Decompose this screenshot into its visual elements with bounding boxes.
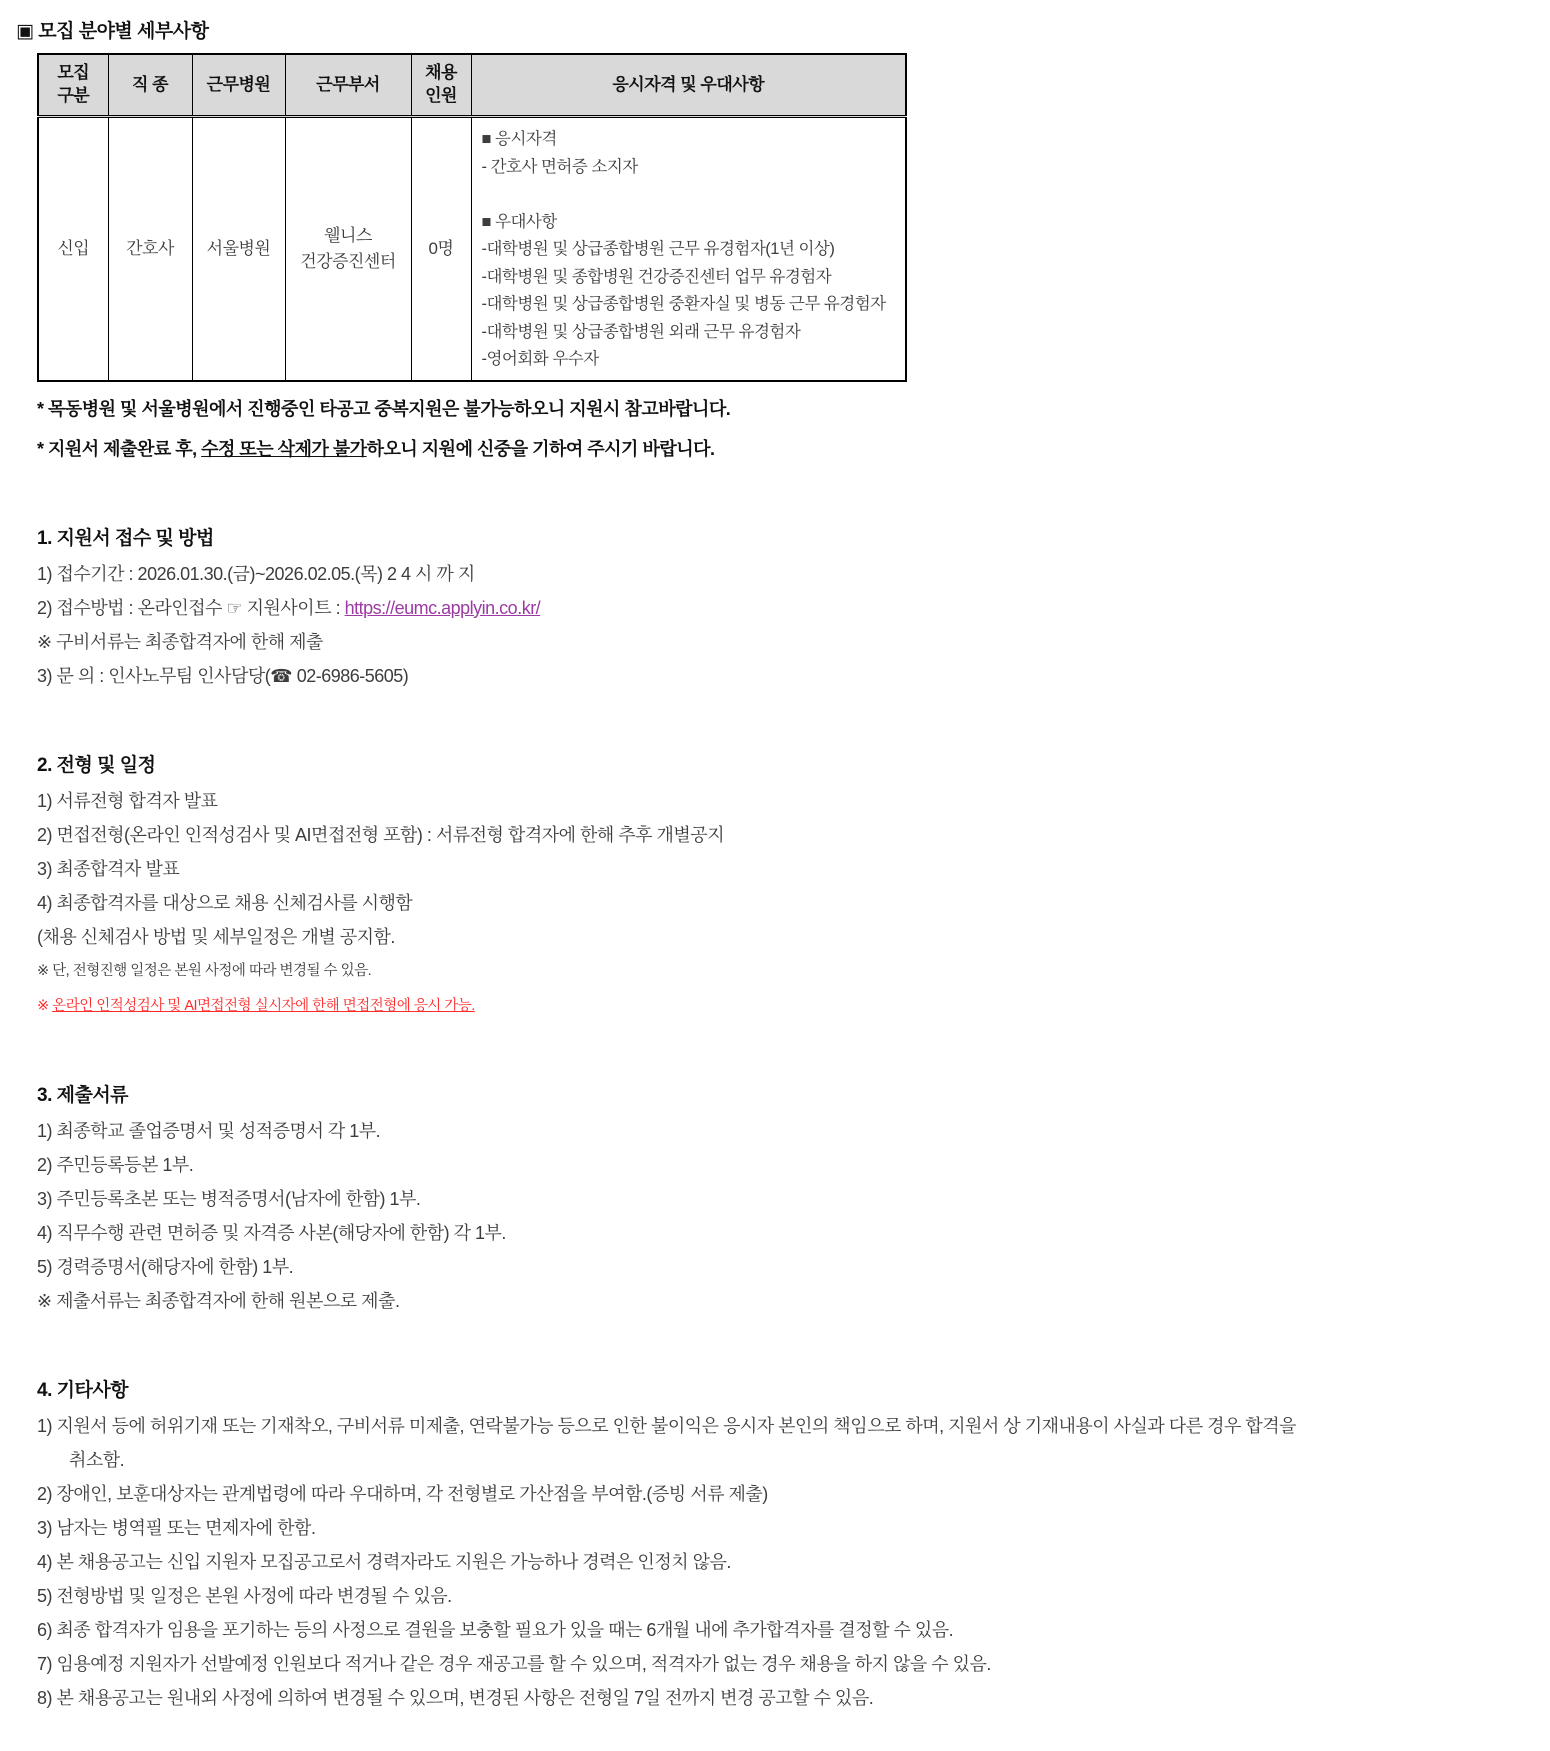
text: 1) 지원서 등에 허위기재 또는 기재착오, 구비서류 미제출, 연락불가능 …: [37, 1416, 1296, 1436]
text: * 지원서 제출완료 후,: [37, 439, 201, 459]
cell-hospital: 서울병원: [192, 117, 285, 381]
text: 2) 장애인, 보훈대상자는 관계법령에 따라 우대하며, 각 전형별로 가산점…: [37, 1484, 768, 1504]
text: 1) 서류전형 합격자 발표: [37, 791, 218, 811]
qualification-heading: ■ 우대사항: [482, 209, 904, 237]
text: 4) 최종합격자를 대상으로 채용 신체검사를 시행함: [37, 893, 412, 913]
text-line: ※ 구비서류는 최종합격자에 한해 제출: [37, 631, 1510, 654]
text: 6) 최종 합격자가 임용을 포기하는 등의 사정으로 결원을 보충할 필요가 …: [37, 1620, 953, 1640]
text: 취소함.: [69, 1450, 124, 1470]
text: 24시까지: [387, 564, 479, 584]
section-others-heading: 4. 기타사항: [37, 1375, 1510, 1402]
text-line: 1) 최종학교 졸업증명서 및 성적증명서 각 1부.: [37, 1120, 1510, 1143]
text: 7) 임용예정 지원자가 선발예정 인원보다 적거나 같은 경우 재공고를 할 …: [37, 1654, 991, 1674]
note-no-edit-after-submit: * 지원서 제출완료 후, 수정 또는 삭제가 불가하오니 지원에 신중을 기하…: [37, 438, 1510, 461]
recruitment-table: 모집 구분 직 종 근무병원 근무부서 채용 인원 응시자격 및 우대사항 신입…: [37, 53, 907, 382]
text: 온라인 인적성검사 및 AI면접전형 실시자에 한해 면접전형에 응시 가능.: [52, 998, 475, 1014]
table-header-row: 모집 구분 직 종 근무병원 근무부서 채용 인원 응시자격 및 우대사항: [38, 54, 906, 117]
qualification-line: -대학병원 및 상급종합병원 외래 근무 유경험자: [482, 319, 904, 347]
text: 4) 직무수행 관련 면허증 및 자격증 사본(해당자에 한함) 각 1부.: [37, 1223, 506, 1243]
text: 3) 최종합격자 발표: [37, 859, 179, 879]
col-header-headcount: 채용 인원: [411, 54, 471, 117]
text: 3) 주민등록초본 또는 병적증명서(남자에 한함) 1부.: [37, 1189, 420, 1209]
text: 5) 경력증명서(해당자에 한함) 1부.: [37, 1257, 293, 1277]
text: 5) 전형방법 및 일정은 본원 사정에 따라 변경될 수 있음.: [37, 1586, 452, 1606]
text-line: 6) 최종 합격자가 임용을 포기하는 등의 사정으로 결원을 보충할 필요가 …: [37, 1619, 1510, 1642]
col-header-category: 모집 구분: [38, 54, 108, 117]
cell-category: 신입: [38, 117, 108, 381]
text: 1) 최종학교 졸업증명서 및 성적증명서 각 1부.: [37, 1121, 380, 1141]
text-line: ※ 온라인 인적성검사 및 AI면접전형 실시자에 한해 면접전형에 응시 가능…: [37, 995, 1510, 1018]
text: 8) 본 채용공고는 원내외 사정에 의하여 변경될 수 있으며, 변경된 사항…: [37, 1688, 873, 1708]
text: * 목동병원 및 서울병원에서 진행중인 타공고 중복지원은 불가능하오니 지원…: [37, 399, 730, 419]
table-row: 신입 간호사 서울병원 웰니스 건강증진센터 0명 ■ 응시자격- 간호사 면허…: [38, 117, 906, 381]
text-line: 2) 접수방법 : 온라인접수 ☞ 지원사이트 : https://eumc.a…: [37, 597, 1510, 620]
text-line: 4) 최종합격자를 대상으로 채용 신체검사를 시행함: [37, 892, 1510, 915]
text-line: 1) 접수기간 : 2026.01.30.(금)~2026.02.05.(목) …: [37, 563, 1510, 586]
section-required-documents-heading: 3. 제출서류: [37, 1080, 1510, 1107]
section-others: 4. 기타사항1) 지원서 등에 허위기재 또는 기재착오, 구비서류 미제출,…: [37, 1375, 1510, 1710]
cell-job: 간호사: [108, 117, 192, 381]
qualification-line: -대학병원 및 종합병원 건강증진센터 업무 유경험자: [482, 264, 904, 292]
cell-qualifications: ■ 응시자격- 간호사 면허증 소지자 ■ 우대사항-대학병원 및 상급종합병원…: [471, 117, 906, 381]
qualification-line: -영어회화 우수자: [482, 346, 904, 374]
job-posting-document: ▣ 모집 분야별 세부사항 모집 구분 직 종 근무병원 근무부서 채용 인원 …: [0, 0, 1550, 1751]
text-line: (채용 신체검사 방법 및 세부일정은 개별 공지함.: [37, 926, 1510, 949]
qualification-heading: ■ 응시자격: [482, 126, 904, 154]
text-line: 2) 주민등록등본 1부.: [37, 1154, 1510, 1177]
text-line: 8) 본 채용공고는 원내외 사정에 의하여 변경될 수 있으며, 변경된 사항…: [37, 1687, 1510, 1710]
col-header-department: 근무부서: [285, 54, 411, 117]
notes-block: * 목동병원 및 서울병원에서 진행중인 타공고 중복지원은 불가능하오니 지원…: [37, 398, 1510, 461]
qualification-line: -대학병원 및 상급종합병원 중환자실 및 병동 근무 유경험자: [482, 291, 904, 319]
text: ※: [37, 998, 52, 1014]
text: (채용 신체검사 방법 및 세부일정은 개별 공지함.: [37, 927, 395, 947]
qualification-line: - 간호사 면허증 소지자: [482, 154, 904, 182]
note-duplicate-application: * 목동병원 및 서울병원에서 진행중인 타공고 중복지원은 불가능하오니 지원…: [37, 398, 1510, 421]
text-line: 취소함.: [37, 1449, 1510, 1472]
text-line: 3) 최종합격자 발표: [37, 858, 1510, 881]
text-line: 7) 임용예정 지원자가 선발예정 인원보다 적거나 같은 경우 재공고를 할 …: [37, 1653, 1510, 1676]
text-line: 2) 장애인, 보훈대상자는 관계법령에 따라 우대하며, 각 전형별로 가산점…: [37, 1483, 1510, 1506]
text: 4) 본 채용공고는 신입 지원자 모집공고로서 경력자라도 지원은 가능하나 …: [37, 1552, 731, 1572]
text-line: 3) 주민등록초본 또는 병적증명서(남자에 한함) 1부.: [37, 1188, 1510, 1211]
text-line: 4) 직무수행 관련 면허증 및 자격증 사본(해당자에 한함) 각 1부.: [37, 1222, 1510, 1245]
qualification-line: [482, 181, 904, 209]
col-header-hospital: 근무병원: [192, 54, 285, 117]
qualification-line: -대학병원 및 상급종합병원 근무 유경험자(1년 이상): [482, 236, 904, 264]
text: 3) 남자는 병역필 또는 면제자에 한함.: [37, 1518, 315, 1538]
text-line: 3) 남자는 병역필 또는 면제자에 한함.: [37, 1517, 1510, 1540]
col-header-job: 직 종: [108, 54, 192, 117]
text: 2) 주민등록등본 1부.: [37, 1155, 193, 1175]
text-line: 3) 문 의 : 인사노무팀 인사담당(☎ 02-6986-5605): [37, 665, 1510, 688]
sections-block: 1. 지원서 접수 및 방법1) 접수기간 : 2026.01.30.(금)~2…: [37, 523, 1510, 1710]
text-line: 1) 지원서 등에 허위기재 또는 기재착오, 구비서류 미제출, 연락불가능 …: [37, 1415, 1510, 1438]
text-line: 1) 서류전형 합격자 발표: [37, 790, 1510, 813]
text: 하오니 지원에 신중을 기하여 주시기 바랍니다.: [367, 439, 715, 459]
text-line: 4) 본 채용공고는 신입 지원자 모집공고로서 경력자라도 지원은 가능하나 …: [37, 1551, 1510, 1574]
section-selection-schedule: 2. 전형 및 일정1) 서류전형 합격자 발표2) 면접전형(온라인 인적성검…: [37, 750, 1510, 1018]
text: 1) 접수기간 : 2026.01.30.(금)~2026.02.05.(목): [37, 564, 387, 584]
text: ※ 제출서류는 최종합격자에 한해 원본으로 제출.: [37, 1291, 399, 1311]
text: 2) 면접전형(온라인 인적성검사 및 AI면접전형 포함) : 서류전형 합격…: [37, 825, 724, 845]
text: ※ 구비서류는 최종합격자에 한해 제출: [37, 632, 323, 652]
text: 3) 문 의 : 인사노무팀 인사담당(☎ 02-6986-5605): [37, 666, 408, 686]
text-line: 2) 면접전형(온라인 인적성검사 및 AI면접전형 포함) : 서류전형 합격…: [37, 824, 1510, 847]
section-application-method: 1. 지원서 접수 및 방법1) 접수기간 : 2026.01.30.(금)~2…: [37, 523, 1510, 688]
text-line: ※ 제출서류는 최종합격자에 한해 원본으로 제출.: [37, 1290, 1510, 1313]
application-site-link[interactable]: https://eumc.applyin.co.kr/: [345, 598, 541, 618]
text: 2) 접수방법 : 온라인접수 ☞ 지원사이트 :: [37, 598, 345, 618]
text: 수정 또는 삭제가 불가: [201, 439, 367, 459]
text: ※ 단, 전형진행 일정은 본원 사정에 따라 변경될 수 있음.: [37, 963, 371, 979]
col-header-qualification: 응시자격 및 우대사항: [471, 54, 906, 117]
page-title: ▣ 모집 분야별 세부사항: [16, 16, 1510, 43]
text-line: 5) 경력증명서(해당자에 한함) 1부.: [37, 1256, 1510, 1279]
text-line: ※ 단, 전형진행 일정은 본원 사정에 따라 변경될 수 있음.: [37, 960, 1510, 983]
cell-department: 웰니스 건강증진센터: [285, 117, 411, 381]
text-line: 5) 전형방법 및 일정은 본원 사정에 따라 변경될 수 있음.: [37, 1585, 1510, 1608]
cell-headcount: 0명: [411, 117, 471, 381]
section-selection-schedule-heading: 2. 전형 및 일정: [37, 750, 1510, 777]
section-application-method-heading: 1. 지원서 접수 및 방법: [37, 523, 1510, 550]
section-required-documents: 3. 제출서류1) 최종학교 졸업증명서 및 성적증명서 각 1부.2) 주민등…: [37, 1080, 1510, 1313]
